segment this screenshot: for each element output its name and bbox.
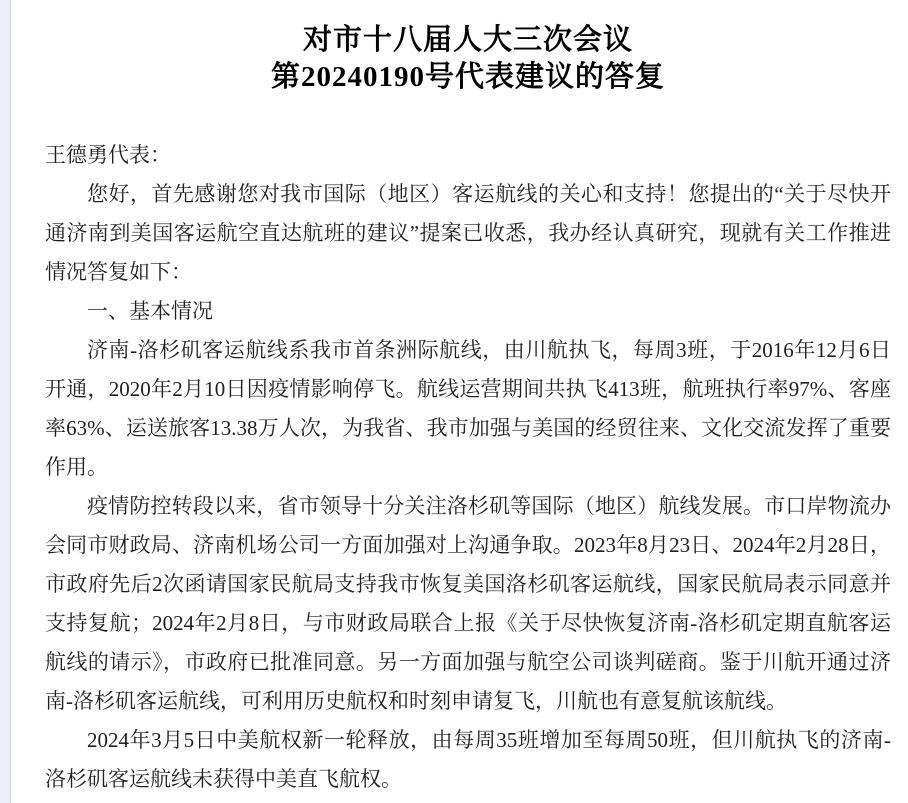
section-heading: 一、基本情况 (45, 292, 891, 331)
intro-paragraph: 您好，首先感谢您对我市国际（地区）客运航线的关心和支持！您提出的“关于尽快开通济… (45, 175, 891, 292)
document-paragraph: 济南-洛杉矶客运航线系我市首条洲际航线，由川航执飞，每周3班，于2016年12月… (45, 331, 891, 487)
document-paragraph: 疫情防控转段以来，省市领导十分关注洛杉矶等国际（地区）航线发展。市口岸物流办会同… (45, 487, 891, 721)
document-page: 对市十八届人大三次会议 第20240190号代表建议的答复 王德勇代表： 您好，… (0, 0, 908, 803)
document-title: 对市十八届人大三次会议 第20240190号代表建议的答复 (45, 22, 891, 96)
document-body: 王德勇代表： 您好，首先感谢您对我市国际（地区）客运航线的关心和支持！您提出的“… (45, 136, 891, 799)
document-paragraph: 2024年3月5日中美航权新一轮释放，由每周35班增加至每周50班，但川航执飞的… (45, 721, 891, 799)
document-title-line-2: 第20240190号代表建议的答复 (271, 61, 665, 93)
document-title-line-1: 对市十八届人大三次会议 (303, 24, 633, 56)
salutation: 王德勇代表： (45, 136, 891, 175)
page-left-margin-strip (0, 0, 11, 803)
